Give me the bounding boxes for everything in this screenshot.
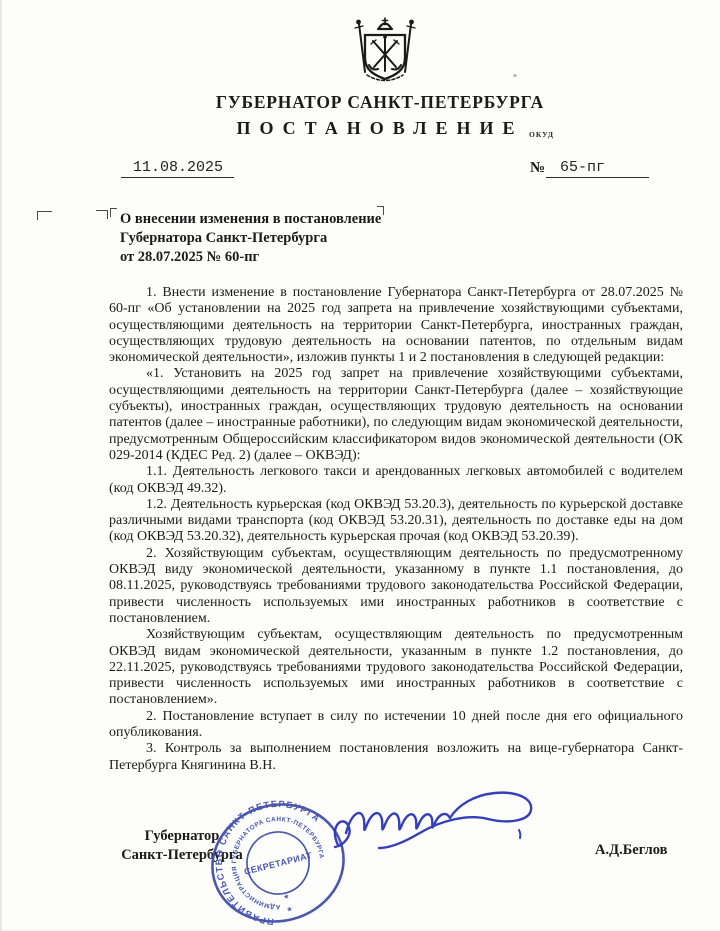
body-paragraph: 1.1. Деятельность легкового такси и арен…	[109, 464, 683, 497]
body-paragraph: 1.2. Деятельность курьерская (код ОКВЭД …	[109, 497, 683, 546]
document-body: 1. Внести изменение в постановление Губе…	[109, 285, 683, 774]
saint-petersburg-coat-of-arms-icon	[338, 14, 432, 94]
body-paragraph: 2. Постановление вступает в силу по исте…	[109, 709, 683, 742]
body-paragraph: 1. Внести изменение в постановление Губе…	[109, 285, 683, 366]
document-title-line: О внесении изменения в постановление	[120, 210, 398, 229]
handwritten-signature	[322, 785, 557, 870]
stamp-star: *	[283, 892, 291, 905]
document-title-line: Губернатора Санкт-Петербурга	[120, 229, 398, 248]
corner-mark-top-left	[37, 211, 52, 220]
body-paragraph: 2. Хозяйствующим субъектам, осуществляющ…	[109, 546, 683, 627]
signer-name: А.Д.Беглов	[595, 842, 667, 859]
scan-artifact-dot	[513, 74, 517, 77]
corner-mark-top-right	[96, 210, 108, 219]
number-underline	[546, 177, 649, 178]
document-date-value: 11.08.2025	[133, 159, 223, 176]
document-type-title: ПОСТАНОВЛЕНИЕ	[2, 118, 720, 139]
stamp-center-text: СЕКРЕТАРИАТ	[243, 850, 313, 877]
title-corner-mark-left	[110, 208, 117, 217]
body-paragraph: «1. Установить на 2025 год запрет на при…	[109, 366, 683, 464]
stamp-star: *	[287, 905, 295, 918]
body-paragraph: 3. Контроль за выполнением постановления…	[109, 741, 683, 774]
document-title: О внесении изменения в постановление Губ…	[120, 210, 398, 267]
number-sign: №	[530, 160, 545, 177]
body-paragraph: Хозяйствующим субъектам, осуществляющим …	[109, 627, 683, 708]
document-title-line: от 28.07.2025 № 60-пг	[120, 248, 398, 267]
document-number-value: 65-пг	[560, 159, 605, 176]
decree-document-page: ГУБЕРНАТОР САНКТ-ПЕТЕРБУРГА ПОСТАНОВЛЕНИ…	[0, 0, 720, 931]
okud-form-code-label: ОКУД	[529, 130, 554, 139]
date-underline	[121, 177, 234, 178]
issuing-authority-title: ГУБЕРНАТОР САНКТ-ПЕТЕРБУРГА	[2, 92, 720, 113]
